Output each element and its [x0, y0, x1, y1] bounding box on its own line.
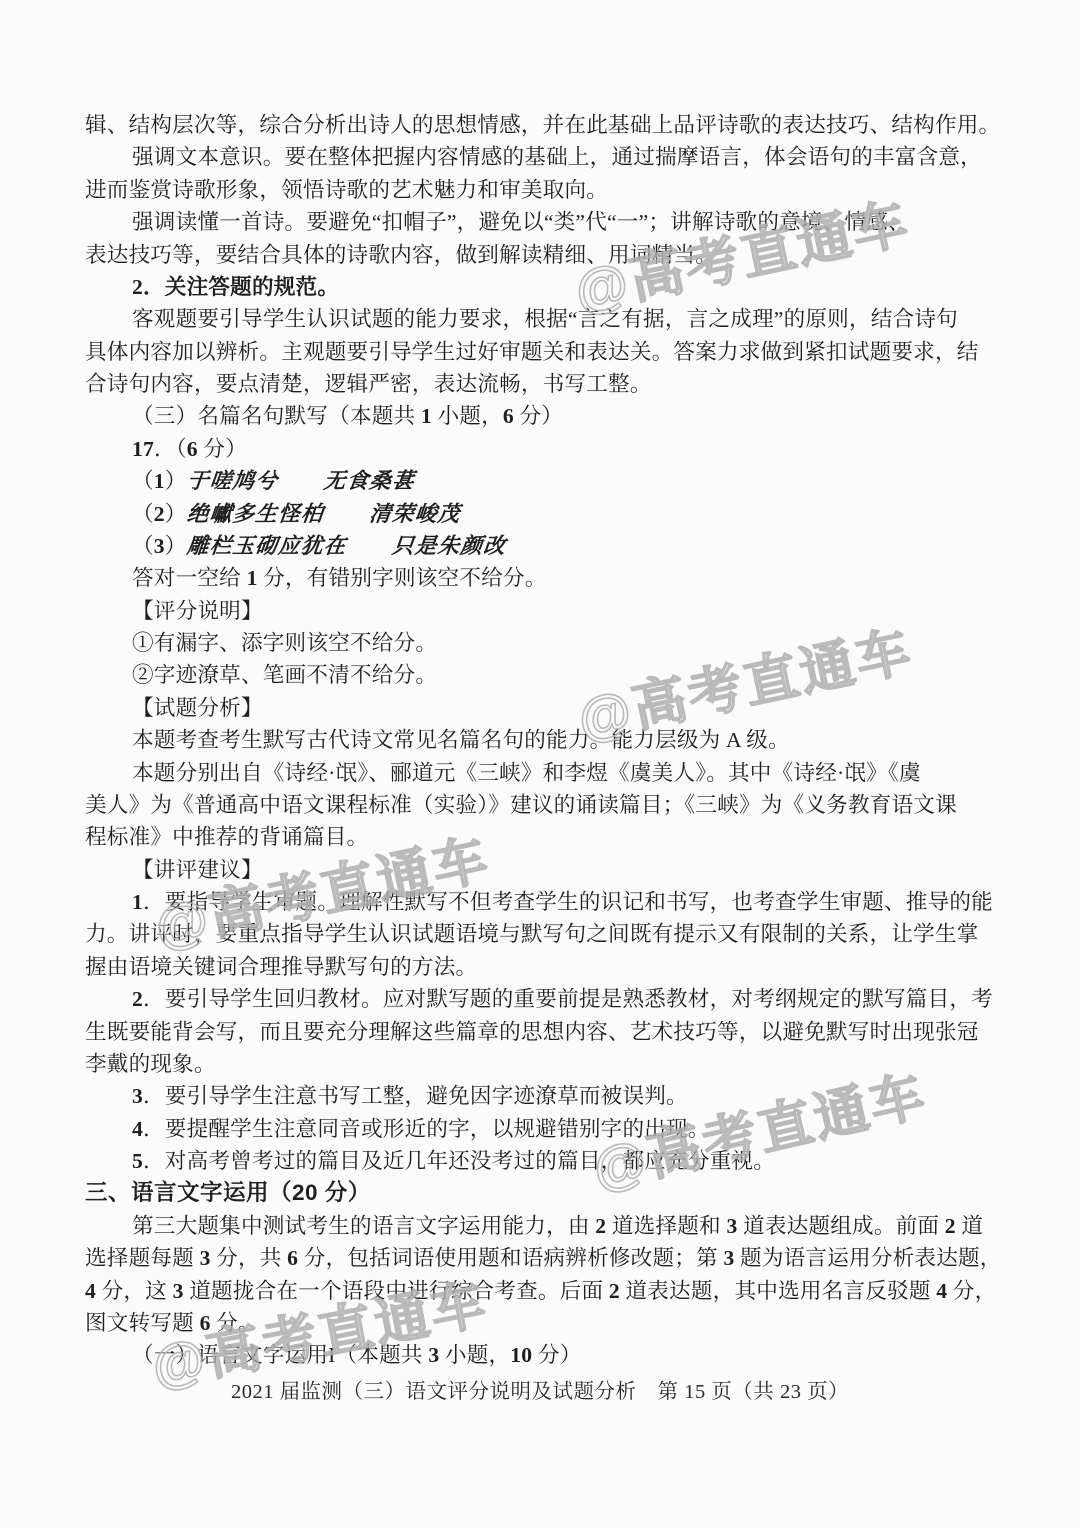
text-line: 3．要引导学生注意书写工整，避免因字迹潦草而被误判。	[85, 1080, 1003, 1112]
text-run: 题为语言运用分析表达题，	[734, 1246, 1001, 1270]
text-run: 【评分说明】	[132, 599, 263, 623]
text-line: 具体内容加以辨析。主观题要引导学生过好审题关和表达关。答案力求做到紧扣试题要求，…	[85, 336, 1003, 368]
answer-text: 绝巘多生怪柏 清荣峻茂	[185, 498, 462, 530]
numeral: 10	[510, 1343, 532, 1367]
answer-text: 雕栏玉砌应犹在 只是朱颜改	[185, 530, 508, 562]
text-line: 第三大题集中测试考生的语言文字运用能力，由 2 道选择题和 3 道表达题组成。前…	[85, 1210, 1003, 1242]
text-run: ②字迹潦草、笔画不清不给分。	[132, 663, 437, 687]
text-line: （三）名篇名句默写（本题共 1 小题，6 分）	[85, 400, 1003, 432]
text-line: 辑、结构层次等，综合分析出诗人的思想情感，并在此基础上品评诗歌的表达技巧、结构作…	[85, 109, 1003, 141]
text-line: 生既要能背会写，而且要充分理解这些篇章的思想内容、艺术技巧等，以避免默写时出现张…	[85, 1016, 1003, 1048]
text-run: 道表达题，其中选用名言反驳题	[620, 1279, 936, 1303]
text-line: 【评分说明】	[85, 595, 1003, 627]
numeral: 3	[723, 1246, 734, 1270]
text-run: 进而鉴赏诗歌形象，领悟诗歌的艺术魅力和审美取向。	[85, 178, 608, 202]
text-line: 进而鉴赏诗歌形象，领悟诗歌的艺术魅力和审美取向。	[85, 174, 1003, 206]
numeral: 23	[780, 1381, 802, 1403]
numeral: 3	[726, 1214, 737, 1238]
text-run: 本题考查考生默写古代诗文常见名篇名句的能力。能力层级为 A 级。	[132, 728, 790, 752]
text-line: ①有漏字、添字则该空不给分。	[85, 627, 1003, 659]
text-run: 届监测（三）语文评分说明及试题分析 第	[274, 1381, 684, 1403]
text-run: 分）	[318, 1180, 371, 1205]
numeral: 4	[936, 1279, 947, 1303]
text-run: ．关注答题的规范。	[143, 275, 339, 299]
text-run: 页）	[801, 1381, 849, 1403]
text-run: 分，	[947, 1279, 996, 1303]
answer-line: （2）绝巘多生怪柏 清荣峻茂	[85, 498, 1003, 530]
text-run: 本题分别出自《诗经·氓》、郦道元《三峡》和李煜《虞美人》。其中《诗经·氓》《虞	[132, 761, 921, 785]
answer-line: （1）于嗟鸠兮 无食桑葚	[85, 465, 1003, 497]
text-run: 道表达题组成。前面	[737, 1214, 944, 1238]
text-run: 道题拢合在一个语段中进行综合考查。后面	[184, 1279, 609, 1303]
text-run: 【讲评建议】	[132, 858, 263, 882]
text-line: 【试题分析】	[85, 692, 1003, 724]
text-line: 2．关注答题的规范。	[85, 271, 1003, 303]
numeral: 3	[173, 1279, 184, 1303]
numeral: 2021	[231, 1381, 274, 1403]
answer-number: （3）	[132, 534, 187, 558]
text-run: （一）语言文字运用I（本题共	[132, 1343, 428, 1367]
text-run: ）	[165, 469, 187, 493]
text-run: （	[132, 469, 154, 493]
text-line: 选择题每题 3 分，共 6 分，包括词语使用题和语病辨析修改题；第 3 题为语言…	[85, 1242, 1003, 1274]
text-run: 第三大题集中测试考生的语言文字运用能力，由	[132, 1214, 595, 1238]
text-run: 辑、结构层次等，综合分析出诗人的思想情感，并在此基础上品评诗歌的表达技巧、结构作…	[85, 113, 1000, 137]
text-line: 5．对高考曾考过的篇目及近几年还没考过的篇目，都应充分重视。	[85, 1145, 1003, 1177]
answer-text: 于嗟鸠兮 无食桑葚	[185, 465, 416, 497]
numeral: 4	[85, 1279, 96, 1303]
answer-number: （1）	[132, 469, 187, 493]
text-line: 握由语境关键词合理推导默写句的方法。	[85, 951, 1003, 983]
text-run: ．要引导学生回归教材。应对默写题的重要前提是熟悉教材，对考纲规定的默写篇目，考	[143, 987, 993, 1011]
text-run: 三、语言文字运用（	[85, 1180, 292, 1205]
text-run: 程标准》中推荐的背诵篇目。	[85, 825, 368, 849]
text-line: 本题分别出自《诗经·氓》、郦道元《三峡》和李煜《虞美人》。其中《诗经·氓》《虞	[85, 757, 1003, 789]
text-line: 【讲评建议】	[85, 854, 1003, 886]
text-run: 表达技巧等，要结合具体的诗歌内容，做到解读精细、用词精当。	[85, 243, 717, 267]
text-run: ．要指导学生审题。理解性默写不但考查学生的识记和书写，也考查学生审题、推导的能	[143, 890, 993, 914]
numeral: 20	[292, 1180, 318, 1205]
text-run: 道	[956, 1214, 983, 1238]
numeral: 1	[247, 566, 258, 590]
numeral: 5	[132, 1149, 143, 1173]
text-run: 分，这	[96, 1279, 173, 1303]
numeral: 6	[503, 404, 514, 428]
text-line: ②字迹潦草、笔画不清不给分。	[85, 659, 1003, 691]
numeral: 2	[595, 1214, 606, 1238]
text-run: 【试题分析】	[132, 696, 263, 720]
text-run: 强调读懂一首诗。要避免“扣帽子”，避免以“类”代“一”；讲解诗歌的意境、情感、	[132, 210, 910, 234]
numeral: 3	[428, 1343, 439, 1367]
text-run: ）	[165, 534, 187, 558]
text-line: 合诗句内容，要点清楚，逻辑严密，表达流畅，书写工整。	[85, 368, 1003, 400]
answer-number: （2）	[132, 502, 187, 526]
numeral: 15	[684, 1381, 706, 1403]
numeral: 2	[154, 502, 165, 526]
numeral: 6	[287, 1246, 298, 1270]
numeral: 2	[609, 1279, 620, 1303]
numeral: 6	[200, 1311, 211, 1335]
text-run: （	[132, 534, 154, 558]
text-line: 本题考查考生默写古代诗文常见名篇名句的能力。能力层级为 A 级。	[85, 724, 1003, 756]
text-run: 小题，	[439, 1343, 510, 1367]
text-line: 李戴的现象。	[85, 1048, 1003, 1080]
text-run: 握由语境关键词合理推导默写句的方法。	[85, 955, 477, 979]
numeral: 6	[187, 437, 198, 461]
numeral: 1	[421, 404, 432, 428]
numeral: 17	[132, 437, 154, 461]
text-line: 程标准》中推荐的背诵篇目。	[85, 821, 1003, 853]
section-heading: 三、语言文字运用（20 分）	[85, 1177, 1003, 1209]
text-line: 4．要提醒学生注意同音或形近的字，以规避错别字的出现。	[85, 1113, 1003, 1145]
text-line: 2．要引导学生回归教材。应对默写题的重要前提是熟悉教材，对考纲规定的默写篇目，考	[85, 983, 1003, 1015]
numeral: 2	[132, 275, 143, 299]
text-run: 分）	[532, 1343, 581, 1367]
text-run: 分）	[198, 437, 247, 461]
text-run: 页（共	[706, 1381, 780, 1403]
text-run: 具体内容加以辨析。主观题要引导学生过好审题关和表达关。答案力求做到紧扣试题要求，…	[85, 340, 979, 364]
text-line: 强调文本意识。要在整体把握内容情感的基础上，通过揣摩语言，体会语句的丰富含意，	[85, 141, 1003, 173]
text-run: ①有漏字、添字则该空不给分。	[132, 631, 437, 655]
numeral: 2	[945, 1214, 956, 1238]
text-run: 分，包括词语使用题和语病辨析修改题；第	[298, 1246, 723, 1270]
text-run: 美人》为《普通高中语文课程标准（实验）》建议的诵读篇目；《三峡》为《义务教育语文…	[85, 793, 957, 817]
text-run: （三）名篇名句默写（本题共	[132, 404, 421, 428]
text-run: 分）	[514, 404, 563, 428]
numeral: 4	[132, 1117, 143, 1141]
answer-line: （3）雕栏玉砌应犹在 只是朱颜改	[85, 530, 1003, 562]
text-run: 李戴的现象。	[85, 1052, 216, 1076]
text-run: ．对高考曾考过的篇目及近几年还没考过的篇目，都应充分重视。	[143, 1149, 775, 1173]
text-run: 图文转写题	[85, 1311, 200, 1335]
document-body: 辑、结构层次等，综合分析出诗人的思想情感，并在此基础上品评诗歌的表达技巧、结构作…	[85, 109, 1003, 1372]
text-line: 表达技巧等，要结合具体的诗歌内容，做到解读精细、用词精当。	[85, 239, 1003, 271]
text-run: ．（	[154, 437, 187, 461]
text-run: （	[132, 502, 154, 526]
numeral: 2	[132, 987, 143, 1011]
text-line: 17．（6 分）	[85, 433, 1003, 465]
text-run: 分。	[211, 1311, 260, 1335]
text-line: 答对一空给 1 分，有错别字则该空不给分。	[85, 562, 1003, 594]
text-run: 分，有错别字则该空不给分。	[258, 566, 547, 590]
text-line: 客观题要引导学生认识试题的能力要求，根据“言之有据，言之成理”的原则，结合诗句	[85, 303, 1003, 335]
numeral: 1	[154, 469, 165, 493]
text-run: 答对一空给	[132, 566, 247, 590]
text-run: 分，共	[211, 1246, 288, 1270]
text-line: 1．要指导学生审题。理解性默写不但考查学生的识记和书写，也考查学生审题、推导的能	[85, 886, 1003, 918]
text-line: （一）语言文字运用I（本题共 3 小题，10 分）	[85, 1339, 1003, 1371]
text-line: 美人》为《普通高中语文课程标准（实验）》建议的诵读篇目；《三峡》为《义务教育语文…	[85, 789, 1003, 821]
page-footer: 2021 届监测（三）语文评分说明及试题分析 第 15 页（共 23 页）	[0, 1374, 1080, 1404]
text-run: 道选择题和	[606, 1214, 726, 1238]
numeral: 3	[132, 1084, 143, 1108]
text-line: 强调读懂一首诗。要避免“扣帽子”，避免以“类”代“一”；讲解诗歌的意境、情感、	[85, 206, 1003, 238]
text-run: 生既要能背会写，而且要充分理解这些篇章的思想内容、艺术技巧等，以避免默写时出现张…	[85, 1020, 979, 1044]
text-run: 客观题要引导学生认识试题的能力要求，根据“言之有据，言之成理”的原则，结合诗句	[132, 307, 958, 331]
text-run: 小题，	[432, 404, 503, 428]
numeral: 1	[132, 890, 143, 914]
numeral: 3	[154, 534, 165, 558]
numeral: 3	[200, 1246, 211, 1270]
text-run: 强调文本意识。要在整体把握内容情感的基础上，通过揣摩语言，体会语句的丰富含意，	[132, 145, 982, 169]
document-page: 辑、结构层次等，综合分析出诗人的思想情感，并在此基础上品评诗歌的表达技巧、结构作…	[0, 0, 1080, 1528]
text-line: 力。讲评时，要重点指导学生认识试题语境与默写句之间既有提示又有限制的关系，让学生…	[85, 918, 1003, 950]
text-run: ）	[165, 502, 187, 526]
text-run: 合诗句内容，要点清楚，逻辑严密，表达流畅，书写工整。	[85, 372, 652, 396]
text-line: 4 分，这 3 道题拢合在一个语段中进行综合考查。后面 2 道表达题，其中选用名…	[85, 1275, 1003, 1307]
text-run: 力。讲评时，要重点指导学生认识试题语境与默写句之间既有提示又有限制的关系，让学生…	[85, 922, 979, 946]
text-run: ．要引导学生注意书写工整，避免因字迹潦草而被误判。	[143, 1084, 688, 1108]
text-line: 图文转写题 6 分。	[85, 1307, 1003, 1339]
text-run: 选择题每题	[85, 1246, 200, 1270]
text-run: ．要提醒学生注意同音或形近的字，以规避错别字的出现。	[143, 1117, 710, 1141]
